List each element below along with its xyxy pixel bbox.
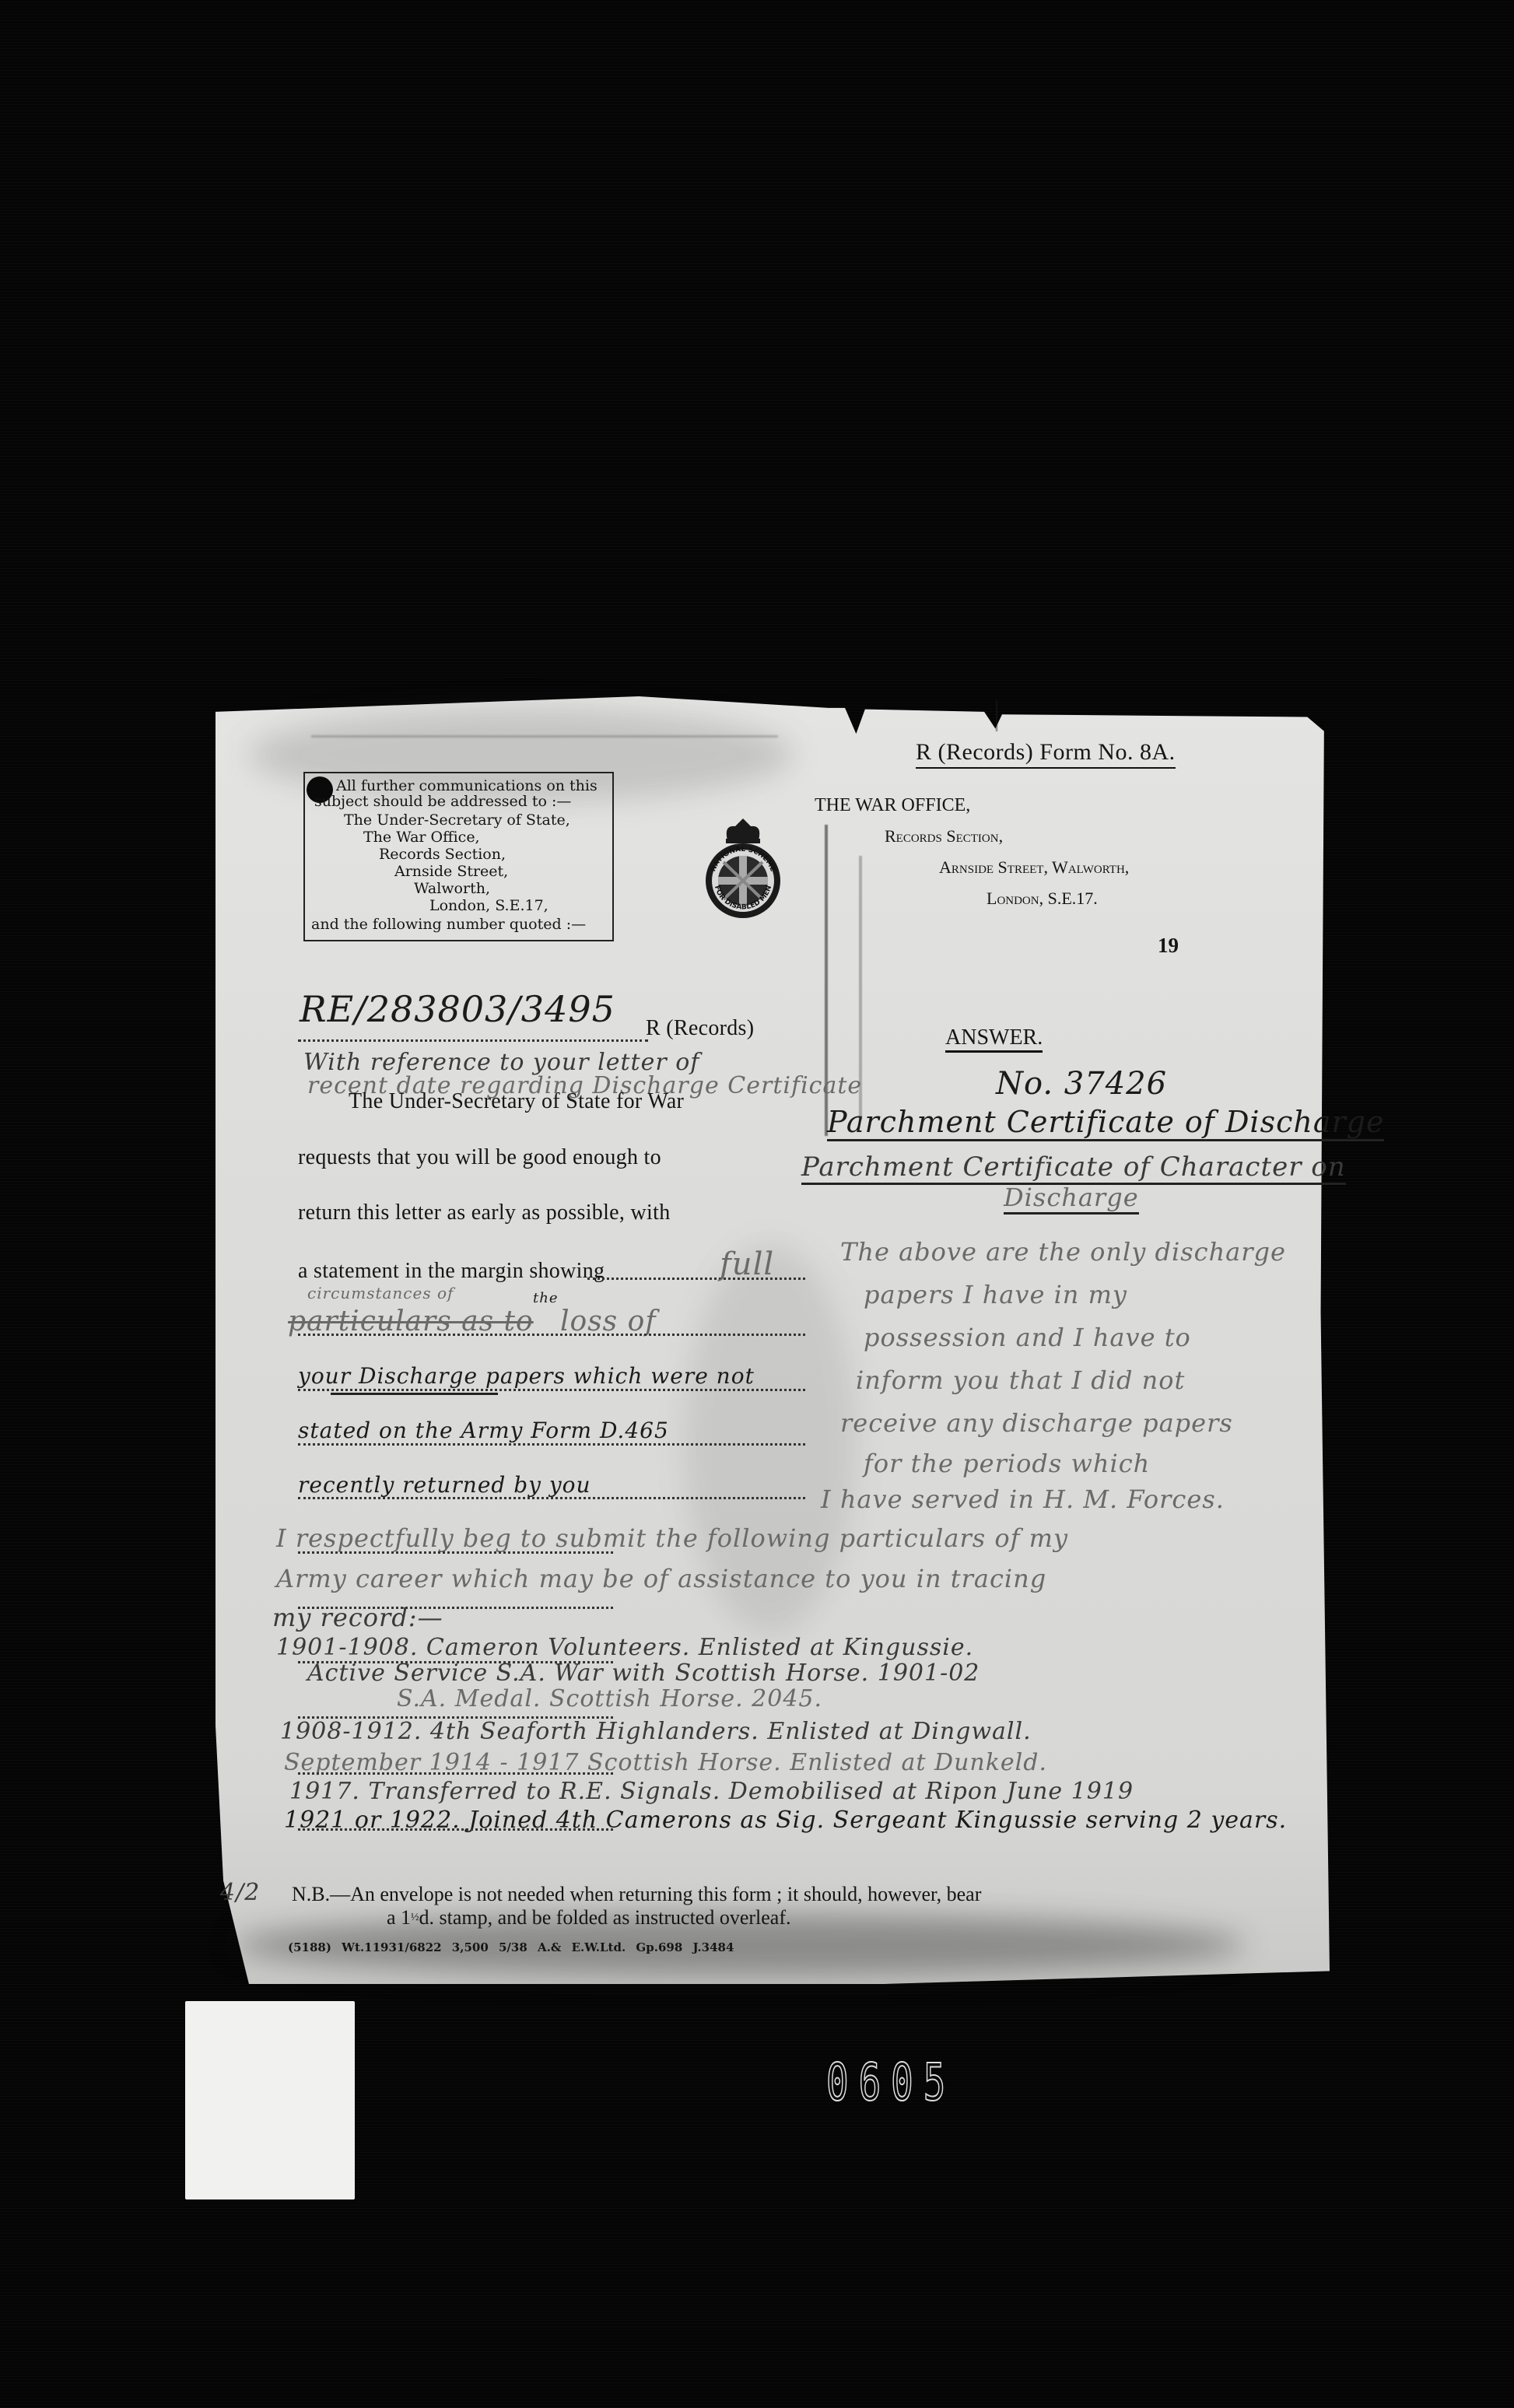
paper-tear	[996, 700, 997, 731]
dotted-line	[298, 1551, 613, 1554]
reference-number: RE/283803/3495	[300, 988, 615, 1030]
fold-crease	[311, 735, 778, 738]
answer-number: No. 37426	[996, 1066, 1167, 1102]
frame-number: 0605	[826, 2052, 955, 2112]
handwritten-fill: recently returned by you	[298, 1472, 591, 1498]
letterhead-line: London, S.E.17.	[987, 889, 1098, 909]
letterhead-line: Records Section,	[885, 826, 1003, 846]
form-number: R (Records) Form No. 8A.	[916, 739, 1176, 769]
dotted-line	[298, 1497, 805, 1499]
service-record-line: S.A. Medal. Scottish Horse. 2045.	[397, 1685, 822, 1712]
body-line: a statement in the margin showing	[298, 1259, 605, 1284]
printer-imprint: (5188) Wt.11931/6822 3,500 5/38 A.& E.W.…	[288, 1940, 734, 1954]
body-line: return this letter as early as possible,…	[298, 1200, 671, 1225]
service-record-line: Active Service S.A. War with Scottish Ho…	[307, 1660, 980, 1687]
struck-text: particulars as to	[288, 1306, 534, 1337]
answer-line: I have served in H. M. Forces.	[821, 1484, 1225, 1514]
statement-line: I respectfully beg to submit the followi…	[276, 1523, 1068, 1553]
underline	[331, 1393, 498, 1395]
address-box: All further communications on this subje…	[303, 772, 614, 941]
nb-line-2: a 1½d. stamp, and be folded as instructe…	[292, 1906, 981, 1930]
handwritten-fill: loss of	[560, 1306, 657, 1337]
handwritten-fill: stated on the Army Form D.465	[298, 1418, 669, 1443]
handwritten-insertion: circumstances of	[307, 1284, 454, 1302]
answer-line: The above are the only discharge	[840, 1237, 1286, 1267]
answer-line: Parchment Certificate of Character on	[801, 1151, 1346, 1185]
answer-line: receive any discharge papers	[840, 1408, 1233, 1438]
address-line: All further communications on this	[336, 778, 598, 794]
target-card	[185, 2001, 355, 2199]
answer-heading: ANSWER.	[945, 1025, 1043, 1053]
address-line: London, S.E.17,	[429, 898, 548, 914]
address-line: Arnside Street,	[394, 864, 508, 880]
handwritten-fill: your Discharge papers which were not	[298, 1363, 755, 1389]
nb-line-1: N.B.—An envelope is not needed when retu…	[292, 1883, 981, 1906]
answer-line: papers I have in my	[864, 1280, 1127, 1309]
body-line: The Under-Secretary of State for War	[349, 1089, 684, 1114]
answer-line: inform you that I did not	[856, 1365, 1185, 1395]
dotted-line	[298, 1443, 805, 1446]
address-line: The War Office,	[363, 829, 480, 846]
margin-note: 4/2	[220, 1879, 260, 1906]
letterhead-line: THE WAR OFFICE,	[815, 795, 970, 816]
dotted-line	[298, 1828, 613, 1831]
address-line: and the following number quoted :—	[311, 917, 586, 933]
statement-line: my record:—	[272, 1603, 443, 1632]
answer-line: for the periods which	[864, 1449, 1150, 1478]
answer-line: possession and I have to	[864, 1323, 1191, 1352]
handwritten-insertion: the	[533, 1290, 558, 1306]
body-line: requests that you will be good enough to	[298, 1145, 661, 1170]
crown-emblem-icon: NATIONAL SCHEMEFOR DISABLED MEN	[700, 817, 786, 918]
dotted-line	[298, 1039, 648, 1042]
address-line: The Under-Secretary of State,	[344, 812, 570, 829]
date-year-prefix: 19	[1158, 934, 1179, 958]
statement-line: Army career which may be of assistance t…	[276, 1564, 1046, 1593]
letterhead-line: Arnside Street, Walworth,	[939, 857, 1129, 878]
address-line: Records Section,	[379, 846, 506, 863]
handwritten-fill: full	[720, 1246, 774, 1282]
nb-note: N.B.—An envelope is not needed when retu…	[292, 1883, 981, 1930]
service-record-line: 1917. Transferred to R.E. Signals. Demob…	[289, 1778, 1134, 1805]
address-line: Walworth,	[414, 881, 490, 897]
reference-suffix: R (Records)	[646, 1016, 754, 1041]
answer-line: Discharge	[1004, 1183, 1139, 1215]
address-line: subject should be addressed to :—	[314, 794, 571, 810]
dotted-line	[298, 1334, 805, 1336]
service-record-line: 1901-1908. Cameron Volunteers. Enlisted …	[276, 1634, 973, 1661]
dotted-line	[298, 1772, 613, 1775]
service-record-line: 1908-1912. 4th Seaforth Highlanders. Enl…	[280, 1718, 1032, 1745]
dotted-line	[298, 1389, 805, 1391]
answer-line: Parchment Certificate of Discharge	[827, 1105, 1384, 1141]
